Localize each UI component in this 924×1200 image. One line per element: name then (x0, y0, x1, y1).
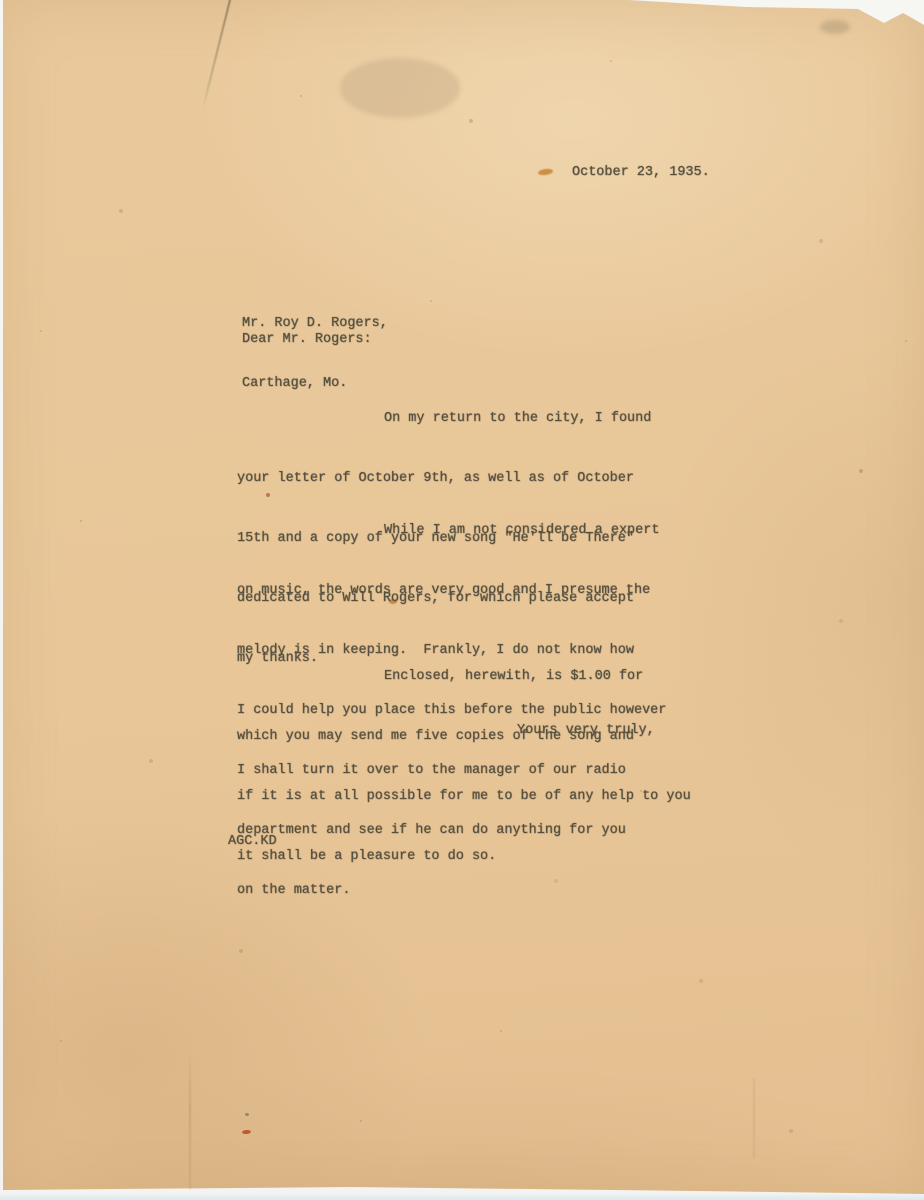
complimentary-closing: Yours very truly, (517, 721, 655, 741)
letter-line: Enclosed, herewith, is $1.00 for (237, 667, 691, 687)
scanned-letter-page: October 23, 1935. Mr. Roy D. Rogers, Car… (0, 0, 924, 1200)
letter-line: on music, the words are very good and I … (237, 581, 666, 601)
scanner-bed-edge (0, 1194, 924, 1200)
date-line: October 23, 1935. (572, 163, 710, 183)
paper-grain-speckles (0, 0, 2, 2)
letter-line: if it is at all possible for me to be of… (237, 787, 691, 807)
letter-line: On my return to the city, I found (237, 409, 651, 429)
letter-line: While I am not considered a expert (237, 521, 666, 541)
letter-line: it shall be a pleasure to do so. (237, 847, 691, 867)
reference-initials: AGC.KD (228, 832, 277, 852)
salutation: Dear Mr. Rogers: (242, 330, 372, 350)
paragraph-3: Enclosed, herewith, is $1.00 for which y… (237, 627, 691, 907)
